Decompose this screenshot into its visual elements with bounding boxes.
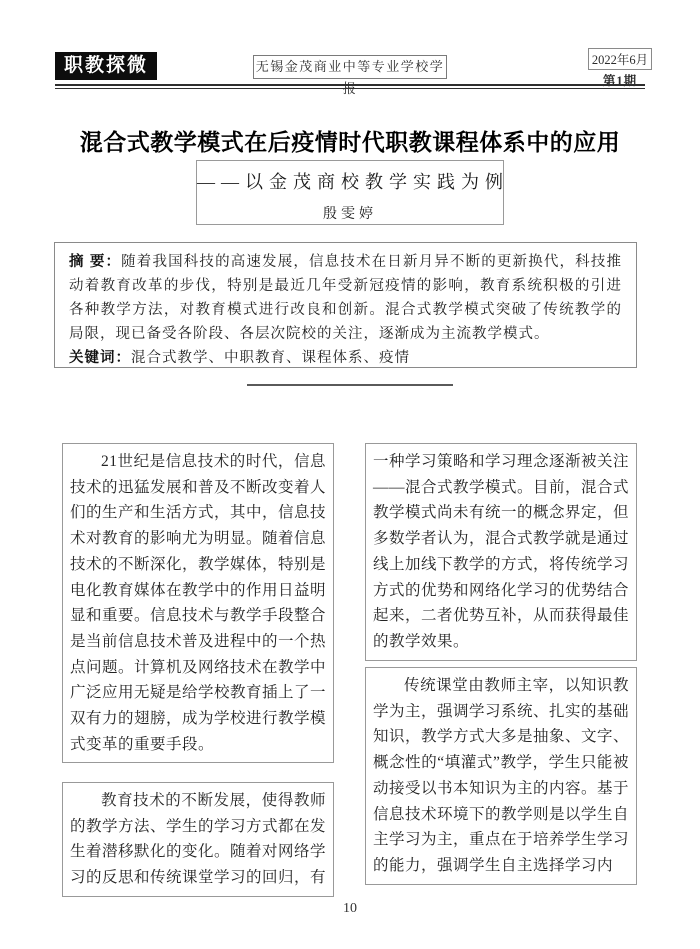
body-paragraph-right-2: 传统课堂由教师主宰，以知识教学为主，强调学习系统、扎实的基础知识，教学方式大多是… [365, 667, 637, 885]
article-title: 混合式教学模式在后疫情时代职教课程体系中的应用 [0, 124, 700, 157]
article-subtitle: ——以金茂商校教学实践为例 [197, 168, 503, 194]
journal-name-box: 无锡金茂商业中等专业学校学报 [253, 55, 447, 79]
page-number: 10 [0, 901, 700, 917]
keywords-line: 关键词：混合式教学、中职教育、课程体系、疫情 [69, 346, 622, 370]
header-double-rule [55, 84, 645, 89]
issue-info: 2022年6月 第1期 [582, 48, 658, 89]
subtitle-box: ——以金茂商校教学实践为例 殷雯婷 [196, 160, 504, 225]
abstract-text: 随着我国科技的高速发展，信息技术在日新月异不断的更新换代，科技推动着教育改革的步… [69, 254, 622, 342]
abstract-label: 摘 要： [69, 254, 121, 270]
keywords-text: 混合式教学、中职教育、课程体系、疫情 [131, 350, 410, 366]
journal-logo: 职教探微 [55, 52, 157, 80]
body-paragraph-left-2: 教育技术的不断发展，使得教师的教学方法、学生的学习方式都在发生着潜移默化的变化。… [62, 782, 334, 897]
abstract-box: 摘 要：随着我国科技的高速发展，信息技术在日新月异不断的更新换代，科技推动着教育… [54, 242, 637, 368]
journal-page: 职教探微 无锡金茂商业中等专业学校学报 2022年6月 第1期 混合式教学模式在… [0, 0, 700, 949]
section-divider-rule [247, 384, 453, 386]
keywords-label: 关键词： [69, 350, 131, 366]
body-paragraph-left-1: 21世纪是信息技术的时代，信息技术的迅猛发展和普及不断改变着人们的生产和生活方式… [62, 443, 334, 763]
abstract-paragraph: 摘 要：随着我国科技的高速发展，信息技术在日新月异不断的更新换代，科技推动着教育… [69, 250, 622, 346]
issue-date: 2022年6月 [588, 48, 652, 70]
body-paragraph-right-1: 一种学习策略和学习理念逐渐被关注——混合式教学模式。目前，混合式教学模式尚未有统… [365, 443, 637, 661]
author-name: 殷雯婷 [197, 203, 503, 223]
